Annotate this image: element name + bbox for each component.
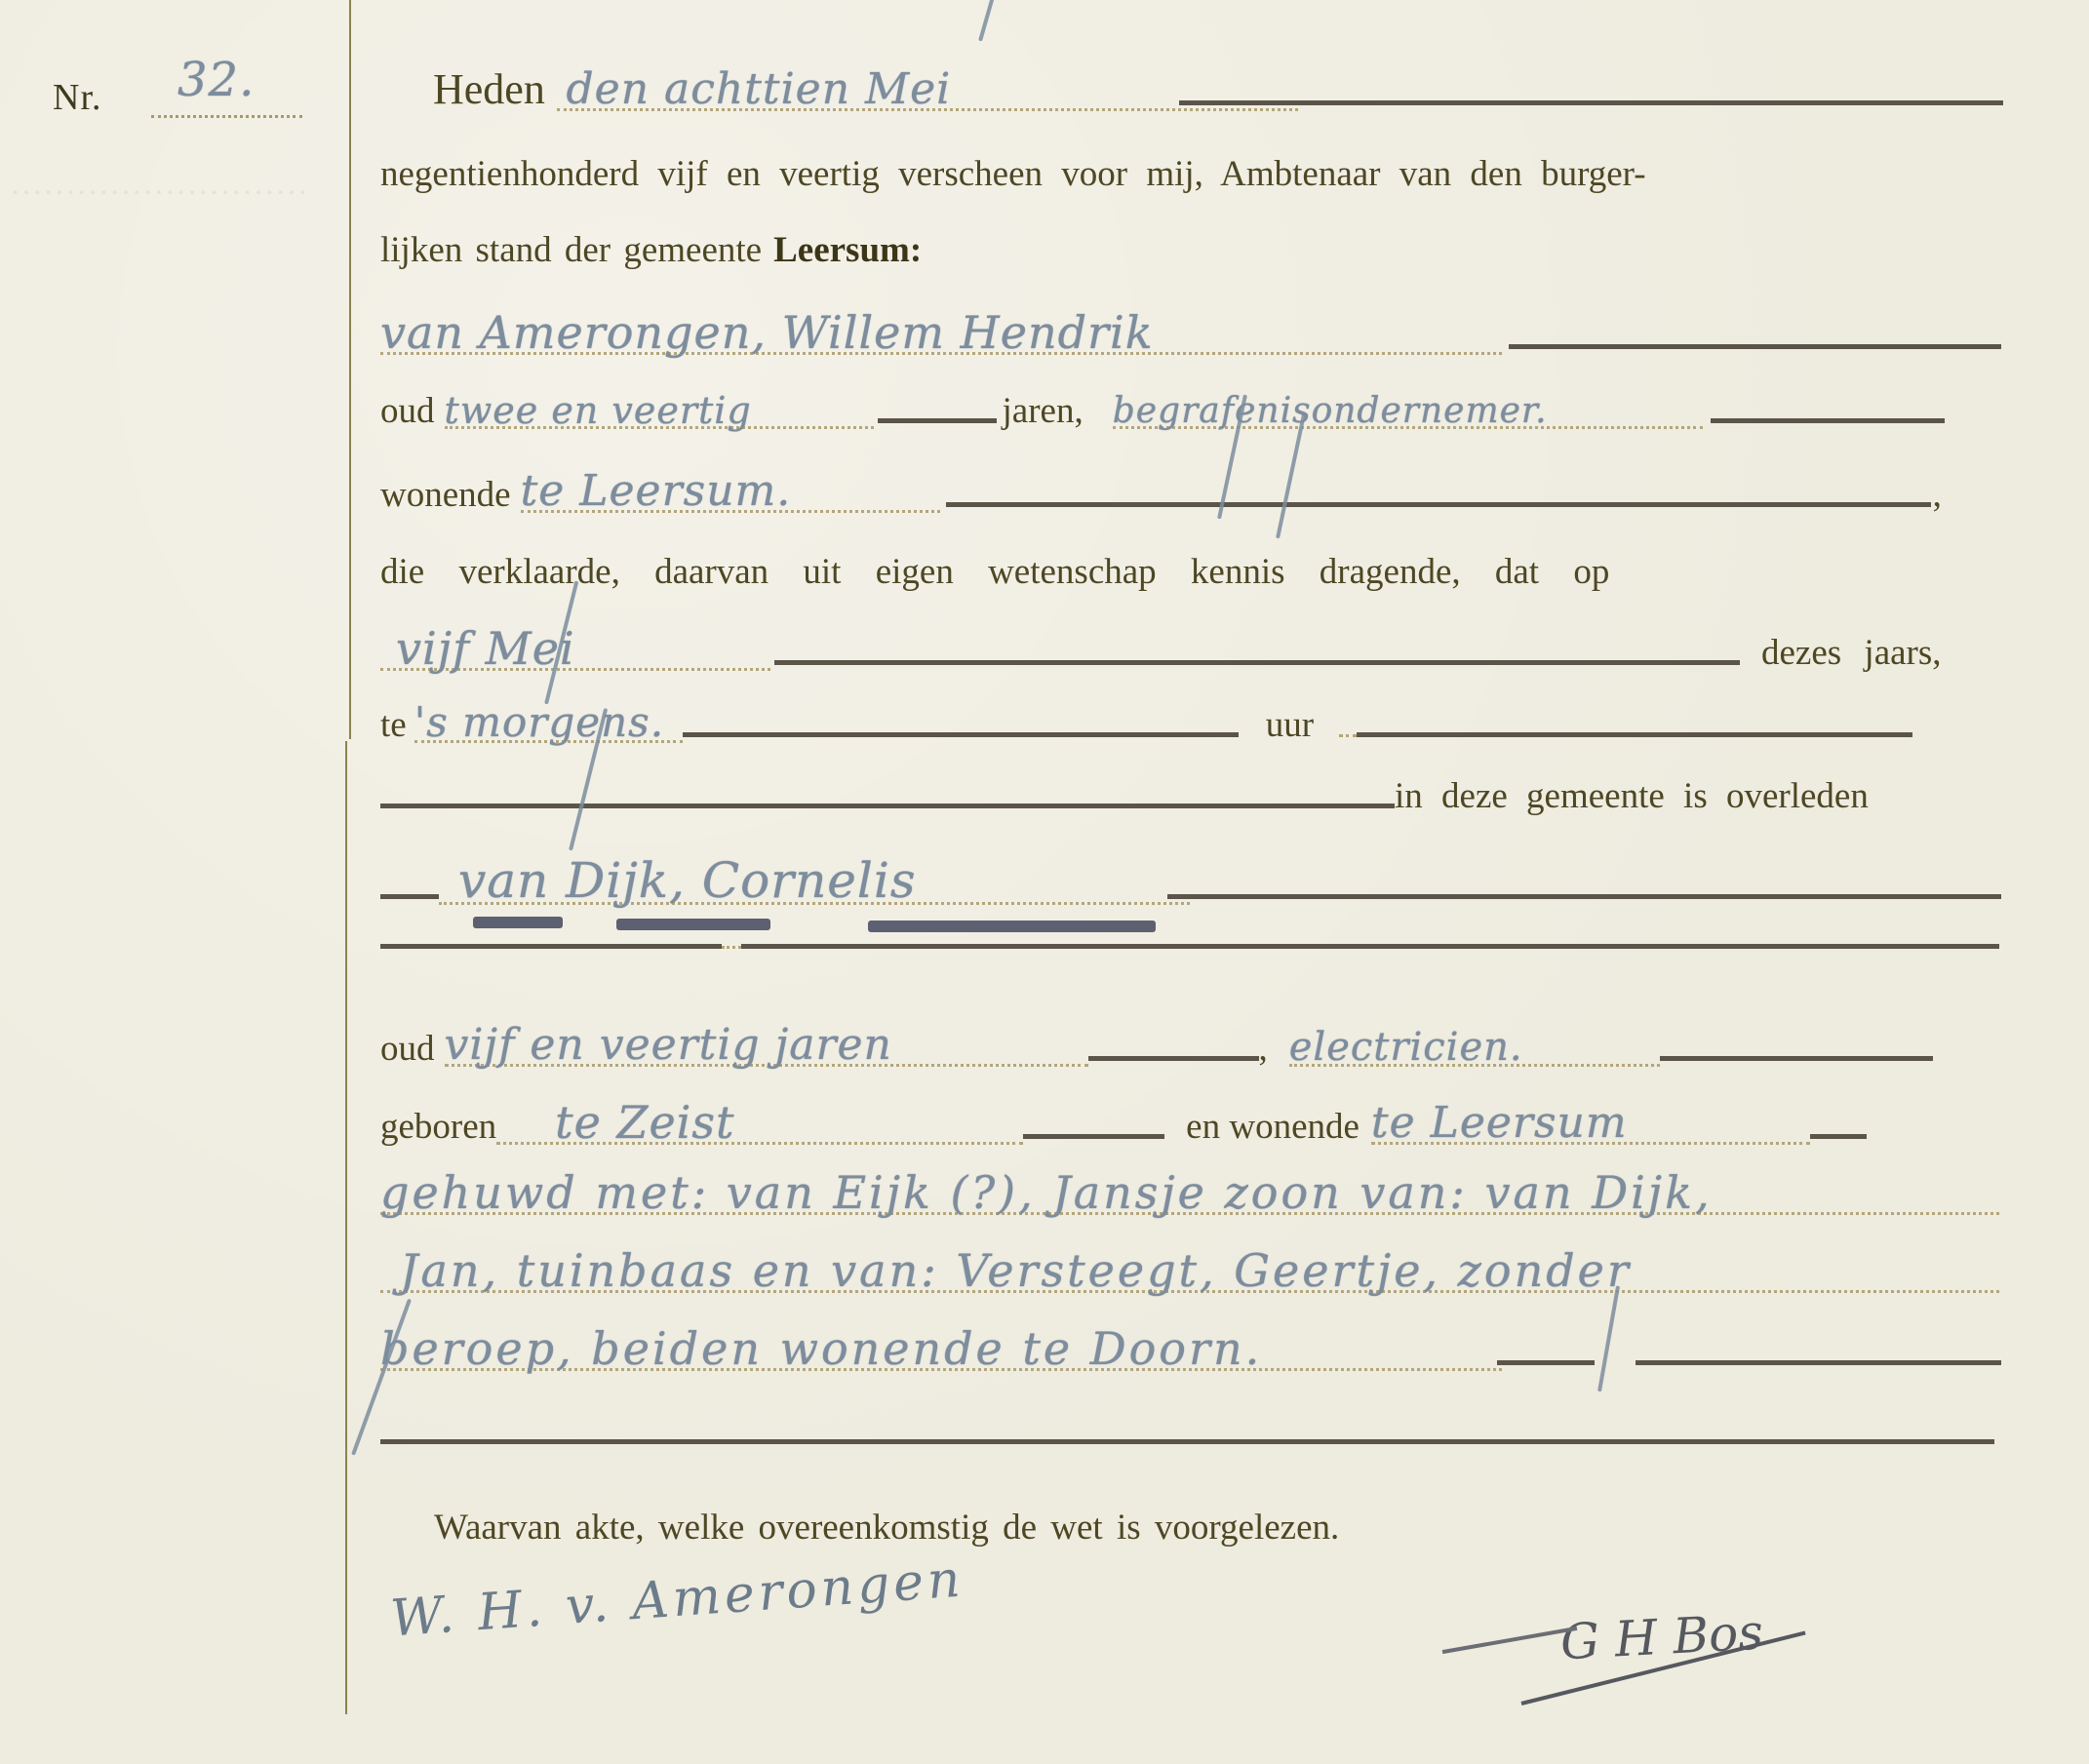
deceased-occupation-value: electricien. xyxy=(1289,1025,1523,1070)
death-date-rule xyxy=(774,660,1740,665)
declarant-age-value: twee en veertig xyxy=(445,389,752,432)
bleed-through-text: ……………………… xyxy=(10,166,308,203)
blank-rule-1 xyxy=(741,944,1999,949)
death-date-value: vijf Mei xyxy=(380,622,575,675)
declarant-occupation-rule xyxy=(1711,418,1945,423)
wonende-label: wonende xyxy=(380,477,511,513)
deceased-residence-value: te Leersum xyxy=(1371,1098,1628,1148)
heden-label: Heden xyxy=(433,68,545,111)
official-signature-flourish xyxy=(1442,1627,1578,1654)
declarant-name-rule xyxy=(1509,344,2001,349)
deceased-name-value: van Dijk, Cornelis xyxy=(439,852,917,909)
deceased-name-rule xyxy=(1167,894,2001,899)
declarant-name-value: van Amerongen, Willem Hendrik xyxy=(380,306,1154,359)
line-blank-2 xyxy=(380,1439,2001,1450)
jaren-label: jaren, xyxy=(1003,393,1084,429)
declaration-text: die verklaarde, daarvan uit eigen wetens… xyxy=(380,554,1609,590)
death-time-rule-1 xyxy=(683,732,1239,737)
declarant-occupation-value: begrafenisondernemer. xyxy=(1113,391,1548,431)
year-text: negentienhonderd vijf en veertig versche… xyxy=(380,156,1646,192)
pen-stroke xyxy=(978,0,1011,42)
geboren-label: geboren xyxy=(380,1109,496,1145)
overleden-rule xyxy=(380,804,1395,808)
family-line-1: gehuwd met: van Eijk (?), Jansje zoon va… xyxy=(380,1166,1713,1219)
oud-label-2: oud xyxy=(380,1031,435,1067)
line-deceased-birth: geboren te Zeist en wonende te Leersum xyxy=(380,1100,2001,1145)
te-label: te xyxy=(380,707,407,743)
name-underline-dijk xyxy=(616,919,770,930)
stand-text: lijken stand der gemeente xyxy=(380,232,762,268)
deceased-occupation-rule xyxy=(1660,1056,1933,1061)
document-page: ……………………… Nr. 32. Heden den achttien Mei… xyxy=(0,0,2089,1764)
dezes-jaars-text: dezes jaars, xyxy=(1761,635,1942,671)
municipality-name: Leersum: xyxy=(773,232,922,268)
declarant-residence-rule xyxy=(946,502,1931,507)
record-number-value: 32. xyxy=(177,57,255,103)
line-stand: lijken stand der gemeente Leersum: xyxy=(380,232,922,268)
record-number-label: Nr. xyxy=(53,76,102,119)
family-line-2: Jan, tuinbaas en van: Versteegt, Geertje… xyxy=(380,1244,1632,1297)
closing-text: Waarvan akte, welke overeenkomstig de we… xyxy=(434,1509,1339,1546)
official-signature: G H Bos xyxy=(1559,1604,1765,1671)
death-time-value: 's morgens. xyxy=(414,698,664,746)
line-heden: Heden den achttien Mei xyxy=(433,68,2003,111)
line-declarant-residence: wonende te Leersum. , xyxy=(380,470,2001,513)
line-declaration: die verklaarde, daarvan uit eigen wetens… xyxy=(380,554,2001,590)
death-time-rule-2 xyxy=(1357,732,1912,737)
oud-label-1: oud xyxy=(380,393,435,429)
name-underline-van xyxy=(473,917,563,928)
line-death-date: vijf Mei dezes jaars, xyxy=(380,626,2001,671)
deceased-residence-rule xyxy=(1810,1134,1867,1139)
declarant-age-rule xyxy=(878,418,997,423)
line-deceased-age: oud vijf en veertig jaren , electricien. xyxy=(380,1024,2001,1067)
line-deceased-name: van Dijk, Cornelis xyxy=(380,856,2001,905)
family-line-3: beroep, beiden wonende te Doorn. xyxy=(380,1322,1262,1375)
heden-date-value: den achttien Mei xyxy=(557,64,952,114)
birthplace-value: te Zeist xyxy=(496,1096,734,1149)
declarant-signature: W. H. v. Amerongen xyxy=(389,1550,966,1649)
margin-divider-lower xyxy=(345,741,347,1714)
line-death-time: te 's morgens. uur xyxy=(380,702,2001,743)
declarant-residence-value: te Leersum. xyxy=(521,466,792,516)
en-wonende-label: en wonende xyxy=(1186,1109,1360,1145)
line-year: negentienhonderd vijf en veertig versche… xyxy=(380,156,2001,192)
line-family-3: beroep, beiden wonende te Doorn. xyxy=(380,1326,2001,1371)
name-underline-cornelis xyxy=(868,921,1156,932)
deceased-age-rule xyxy=(1088,1056,1259,1061)
uur-label: uur xyxy=(1266,707,1314,743)
record-number-dots xyxy=(151,115,302,118)
line-family-2: Jan, tuinbaas en van: Versteegt, Geertje… xyxy=(380,1248,2001,1293)
line-declarant-age: oud twee en veertig jaren, begrafenisond… xyxy=(380,392,2001,429)
line-closing: Waarvan akte, welke overeenkomstig de we… xyxy=(434,1509,1339,1546)
line-blank-1 xyxy=(380,944,2001,955)
line-overleden: in deze gemeente is overleden xyxy=(380,778,2001,814)
blank-rule-2 xyxy=(380,1439,1994,1444)
line-family-1: gehuwd met: van Eijk (?), Jansje zoon va… xyxy=(380,1170,2001,1215)
deceased-age-value: vijf en veertig jaren xyxy=(445,1020,892,1070)
overleden-text: in deze gemeente is overleden xyxy=(1395,778,1869,814)
heden-rule xyxy=(1179,100,2003,105)
margin-divider xyxy=(349,0,351,739)
birthplace-rule xyxy=(1023,1134,1164,1139)
family-line-3-rule xyxy=(1636,1360,2001,1365)
line-declarant-name: van Amerongen, Willem Hendrik xyxy=(380,310,2001,355)
